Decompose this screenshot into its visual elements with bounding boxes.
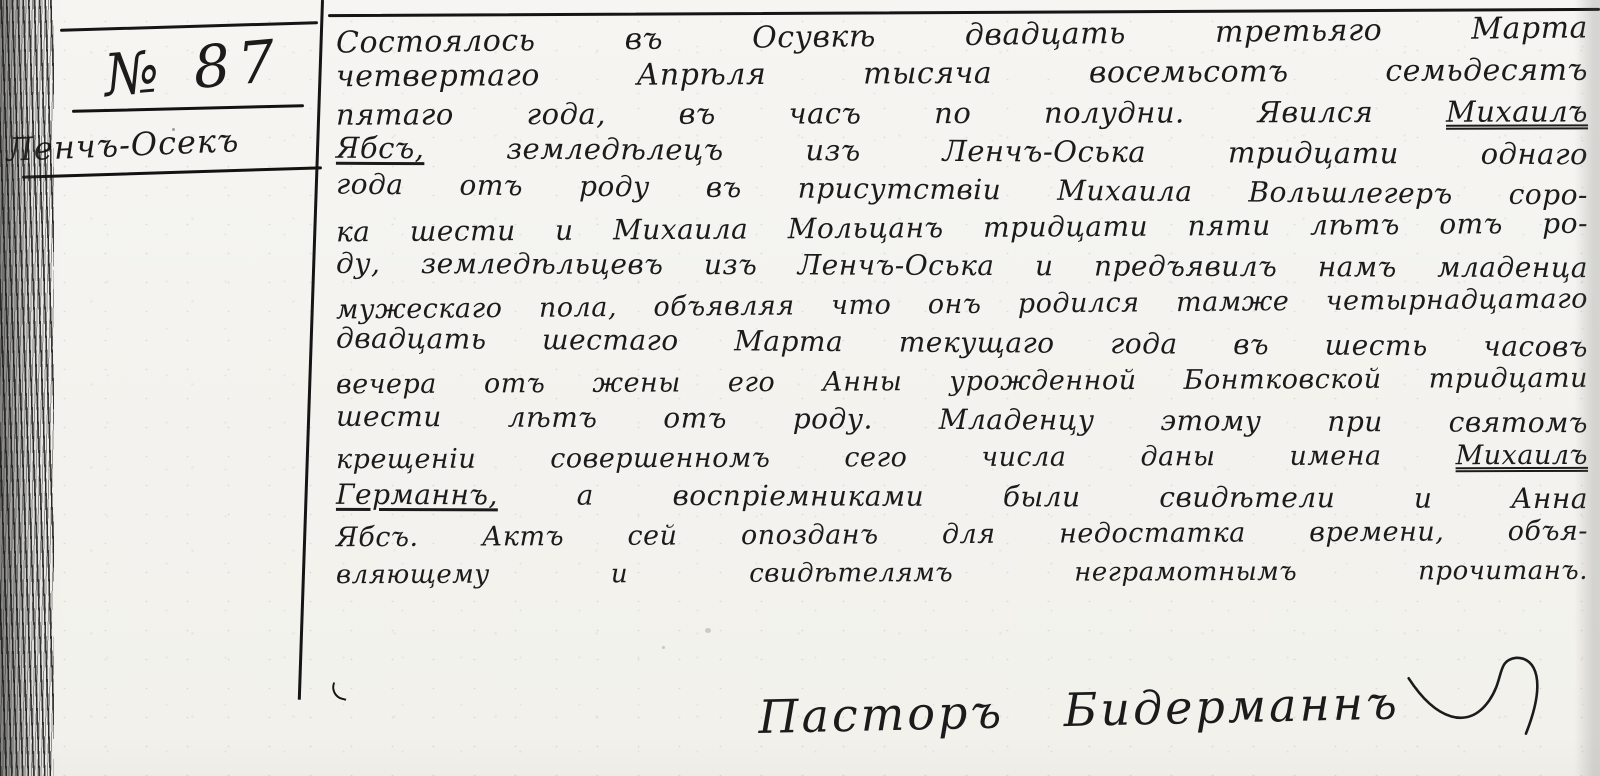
record-line-text: двадцать шестаго Марта текущаго года въ … bbox=[336, 322, 1588, 364]
record-line-text: вечера отъ жены его Анны урожденной Бонт… bbox=[336, 362, 1588, 400]
record-line-text: вляющему и свидѣтелямъ неграмотнымъ проч… bbox=[336, 556, 1588, 590]
record-line: четвертаго Апрѣля тысяча восемьсотъ семь… bbox=[336, 52, 1588, 97]
ink-speck bbox=[705, 628, 711, 633]
record-line-text: а воспріемниками были свидѣтели и Анна bbox=[498, 478, 1588, 515]
record-line-text: земледѣлецъ изъ Ленчъ-Оська тридцати одн… bbox=[424, 131, 1588, 171]
underlined-word: Ябсъ, bbox=[336, 131, 425, 165]
pastor-signature: Пасторъ Бидерманнъ bbox=[757, 637, 1556, 755]
record-line-text: шести лѣтъ отъ роду. Младенцу этому при … bbox=[336, 400, 1588, 440]
ink-speck bbox=[1262, 182, 1265, 185]
record-line-text: года отъ роду въ присутствіи Михаила Вол… bbox=[336, 167, 1588, 211]
record-text-block: Состоялось въ Осувкѣ двадцать третьяго М… bbox=[336, 17, 1588, 593]
margin-rule-end-hook bbox=[329, 682, 349, 701]
ink-speck bbox=[872, 302, 875, 305]
record-line: шести лѣтъ отъ роду. Младенцу этому при … bbox=[336, 398, 1588, 443]
scanned-register-page: № 87 Ленчъ-Осекъ Состоялось въ Осувкѣ дв… bbox=[0, 0, 1600, 776]
record-line-text: ду, земледѣльцевъ изъ Ленчъ-Оська и пред… bbox=[336, 247, 1588, 284]
underlined-word: Михаилъ bbox=[1446, 94, 1588, 128]
book-binding-edge bbox=[0, 0, 54, 776]
record-number: № 87 bbox=[101, 26, 285, 109]
signature-text: Пасторъ Бидерманнъ bbox=[758, 675, 1400, 744]
record-line: пятаго года, въ часъ по полудни. Явился … bbox=[336, 92, 1588, 134]
record-line: Ябсъ. Актъ сей опозданъ для недостатка в… bbox=[336, 513, 1588, 558]
ink-speck bbox=[662, 646, 665, 649]
record-line-text: четвертаго Апрѣля тысяча восемьсотъ семь… bbox=[336, 53, 1588, 95]
record-line: Германнъ, а воспріемниками были свидѣтел… bbox=[336, 476, 1588, 519]
record-line: вляющему и свидѣтелямъ неграмотнымъ проч… bbox=[336, 552, 1588, 595]
record-line-text: мужескаго пола, объявляя что онъ родился… bbox=[336, 283, 1588, 325]
record-line-text: крещеніи совершенномъ сего числа даны им… bbox=[336, 441, 1456, 476]
place-name-underline bbox=[22, 166, 322, 178]
record-line: вечера отъ жены его Анны урожденной Бонт… bbox=[336, 359, 1588, 404]
signature-flourish bbox=[1404, 637, 1556, 740]
ink-speck bbox=[531, 118, 534, 121]
record-line: крещеніи совершенномъ сего числа даны им… bbox=[336, 437, 1588, 480]
ink-speck bbox=[172, 128, 175, 131]
record-line-text: ка шести и Михаила Мольцанъ тридцати пят… bbox=[336, 207, 1588, 249]
record-line-text: пятаго года, въ часъ по полудни. Явился bbox=[336, 95, 1446, 132]
place-name: Ленчъ-Осекъ bbox=[5, 117, 336, 169]
record-line-text: Ябсъ. Актъ сей опозданъ для недостатка в… bbox=[336, 516, 1588, 554]
underlined-word: Михаилъ bbox=[1456, 440, 1589, 471]
underlined-word: Германнъ, bbox=[336, 478, 498, 512]
